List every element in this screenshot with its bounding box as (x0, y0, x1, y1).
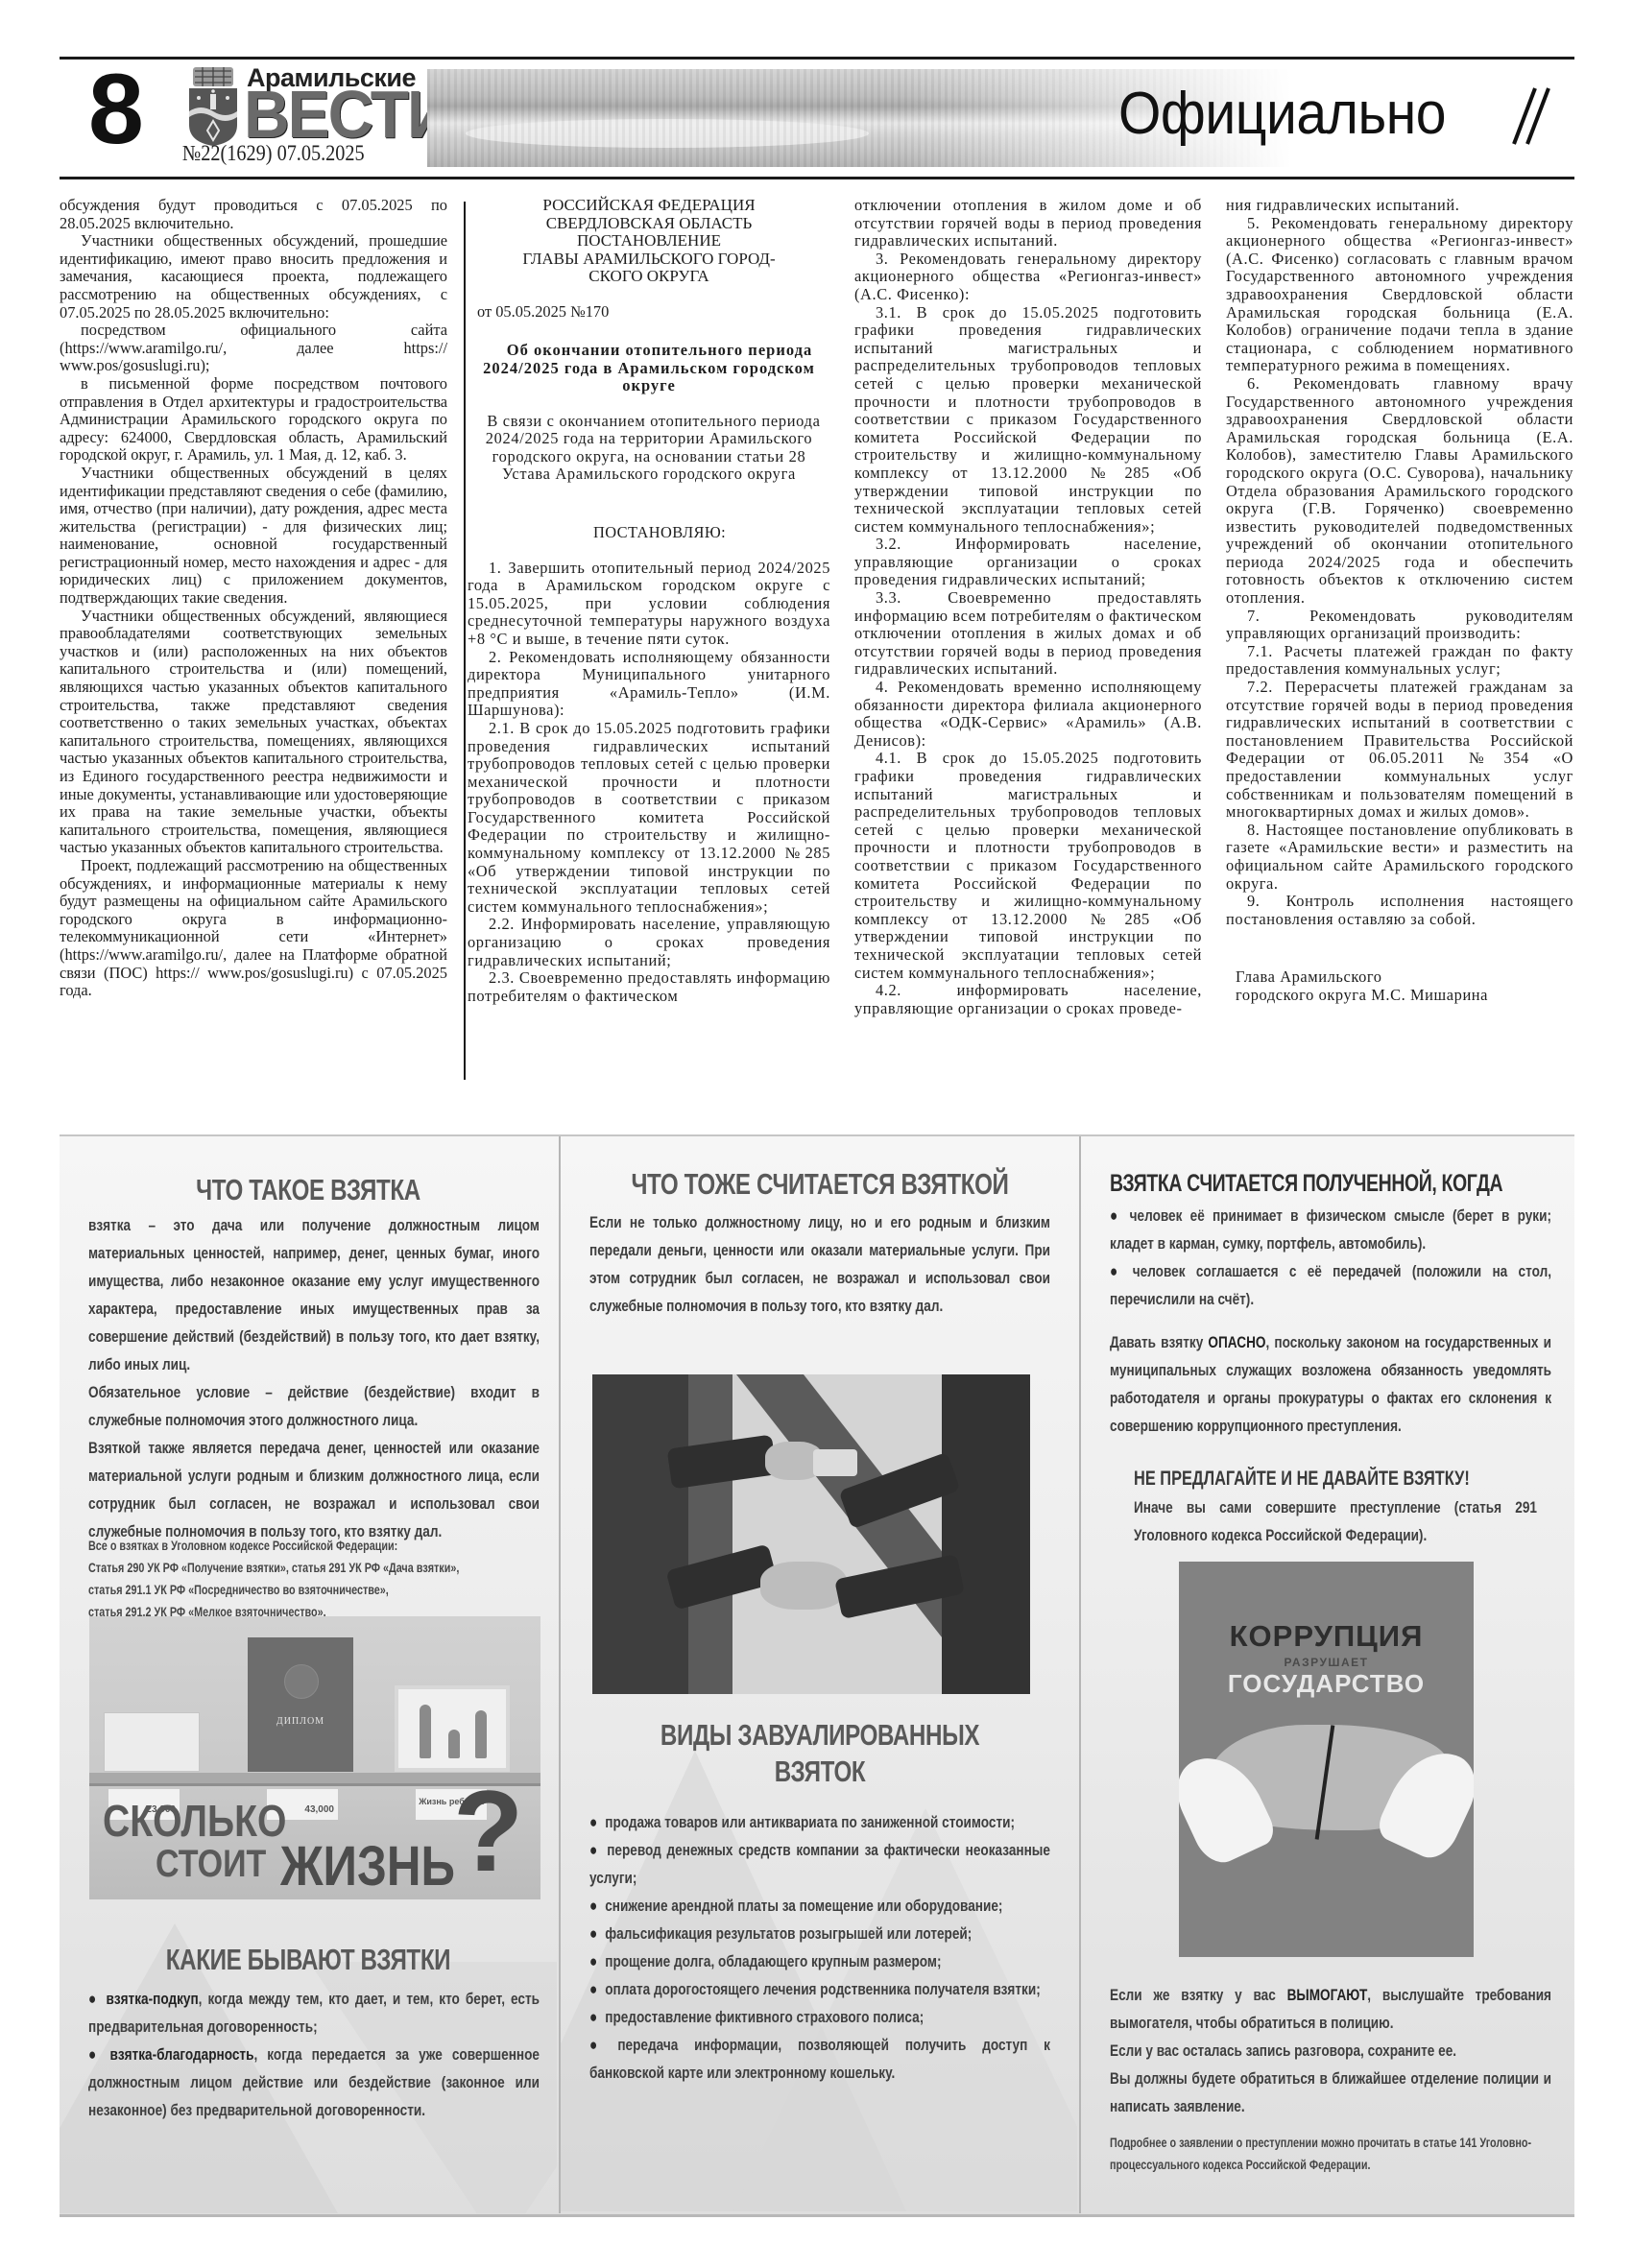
decree-item: 7.1. Расчеты платежей граждан по факту п… (1226, 643, 1573, 679)
decree-item: 4.2. информировать население, управляющи… (854, 982, 1202, 1017)
decree-item: 9. Контроль исполнения настоящего постан… (1226, 893, 1573, 928)
decree-item: 2.2. Информировать население, управляющу… (468, 916, 830, 969)
issue-number: №22(1629) 07.05.2025 (182, 141, 365, 166)
list-item: предоставление фиктивного страхового пол… (589, 2003, 1050, 2031)
list-item: взятка-подкуп, когда между тем, кто дает… (88, 1985, 540, 2041)
family-drawing-icon (395, 1685, 510, 1772)
decree-date-number: от 05.05.2025 №170 (468, 303, 830, 322)
decree-column-2: РОССИЙСКАЯ ФЕДЕРАЦИЯ СВЕРДЛОВСКАЯ ОБЛАСТ… (468, 197, 830, 1005)
decree-preamble: В связи с окончанием отопительного перио… (468, 413, 830, 484)
decree-item: 4. Рекомендовать временно исполняющему о… (854, 679, 1202, 750)
driver-license-icon (104, 1712, 200, 1772)
panel-text: взятка – это дача или получение должност… (88, 1211, 540, 1545)
list-item: человек соглашается с её передачей (поло… (1110, 1257, 1551, 1313)
warning-text: Иначе вы сами совершите преступление (ст… (1134, 1493, 1537, 1549)
paragraph: Проект, подлежащий рассмотрению на общес… (60, 857, 447, 1000)
decree-signature: Глава Арамильского городского округа М.С… (1226, 968, 1573, 1004)
infographic-panel-what-is-bribe: ЧТО ТАКОЕ ВЗЯТКА взятка – это дача или п… (60, 1136, 557, 2213)
infographic-panel-bribe-received: ВЗЯТКА СЧИТАЕТСЯ ПОЛУЧЕННОЙ, КОГДА челов… (1079, 1136, 1574, 2213)
panel-heading: ЧТО ТОЖЕ СЧИТАЕТСЯ ВЗЯТКОЙ (617, 1167, 1021, 1202)
decree-title: Об окончании отопительного периода 2024/… (468, 342, 830, 395)
list-item: снижение арендной платы за помещение или… (589, 1892, 1050, 1920)
header-bottom-rule (60, 177, 1574, 179)
diploma-icon: ДИПЛОМ (248, 1637, 353, 1772)
page-number: 8 (88, 60, 142, 159)
decree-item: 6. Рекомендовать главному врачу Государс… (1226, 375, 1573, 608)
veiled-bribes-list: продажа товаров или антиквариата по зани… (589, 1808, 1050, 2087)
decree-item: 3.3. Своевременно предоставлять информац… (854, 589, 1202, 679)
article-column-1: обсуждения будут проводиться с 07.05.202… (60, 197, 447, 1000)
money-icon (813, 1449, 857, 1476)
decree-heading: РОССИЙСКАЯ ФЕДЕРАЦИЯ СВЕРДЛОВСКАЯ ОБЛАСТ… (468, 197, 830, 286)
list-item: перевод денежных средств компании за фак… (589, 1836, 1050, 1892)
handshake-bribe-image (592, 1374, 1030, 1694)
paragraph: в письменной форме посредством почтового… (60, 375, 447, 465)
list-item: передача информации, позволяющей получит… (589, 2031, 1050, 2087)
list-item: человек её принимает в физическом смысле… (1110, 1202, 1551, 1257)
decree-item: ния гидравлических испытаний. (1226, 197, 1573, 215)
corruption-poster: КОРРУПЦИЯ РАЗРУШАЕТ ГОСУДАРСТВО (1179, 1562, 1474, 1957)
decree-item: 8. Настоящее постановление опубликовать … (1226, 822, 1573, 893)
list-item: продажа товаров или антиквариата по зани… (589, 1808, 1050, 1836)
decree-item: 2.3. Своевременно предоставлять информац… (468, 969, 830, 1005)
bribe-kinds-list: взятка-подкуп, когда между тем, кто дает… (88, 1985, 540, 2124)
decree-item: 1. Завершить отопительный период 2024/20… (468, 560, 830, 649)
bribe-received-list: человек её принимает в физическом смысле… (1110, 1202, 1551, 1313)
slogan-how-much-is-life: СКОЛЬКО СТОИТ ЖИЗНЬ ? (88, 1789, 540, 1904)
anti-corruption-infographic: ЧТО ТАКОЕ ВЗЯТКА взятка – это дача или п… (60, 1134, 1574, 2217)
list-item: взятка-благодарность, когда передается з… (88, 2041, 540, 2124)
criminal-code-articles: Все о взятках в Уголовном кодексе Россий… (88, 1535, 540, 1623)
danger-text: Давать взятку ОПАСНО, поскольку законом … (1110, 1328, 1551, 1440)
panel-heading: ЧТО ТАКОЕ ВЗЯТКА (114, 1173, 502, 1207)
panel-heading: ВИДЫ ЗАВУАЛИРОВАННЫХ ВЗЯТОК (617, 1717, 1021, 1790)
paragraph: Участники общественных обсуждений в целя… (60, 465, 447, 608)
decree-item: 4.1. В срок до 15.05.2025 подготовить гр… (854, 750, 1202, 982)
decree-item: 5. Рекомендовать генеральному директору … (1226, 215, 1573, 375)
decree-resolve: ПОСТАНОВЛЯЮ: (468, 524, 830, 542)
decree-item: 7. Рекомендовать руководителям управляющ… (1226, 608, 1573, 643)
panel-heading: ВЗЯТКА СЧИТАЕТСЯ ПОЛУЧЕННОЙ, КОГДА (1110, 1170, 1502, 1198)
masthead-title: ВЕСТИ (244, 81, 450, 147)
decree-item: 3. Рекомендовать генеральному директору … (854, 251, 1202, 304)
decree-item: 3.2. Информировать население, управляющи… (854, 536, 1202, 589)
decree-column-4: ния гидравлических испытаний. 5. Рекомен… (1226, 197, 1573, 1005)
list-item: оплата дорогостоящего лечения родственни… (589, 1975, 1050, 2003)
column-divider (464, 202, 466, 1080)
decree-column-3: отключении отопления в жилом доме и об о… (854, 197, 1202, 1017)
extortion-text: Если же взятку у вас ВЫМОГАЮТ, выслушайт… (1110, 1981, 1551, 2120)
paragraph: Участники общественных обсуждений, являю… (60, 608, 447, 857)
decree-item: 2.1. В срок до 15.05.2025 подготовить гр… (468, 720, 830, 917)
list-item: фальсификация результатов розыгрышей или… (589, 1920, 1050, 1947)
paragraph: Участники общественных обсуждений, проше… (60, 232, 447, 322)
double-slash-icon (1510, 86, 1552, 146)
decree-item: отключении отопления в жилом доме и об о… (854, 197, 1202, 251)
infographic-panel-also-bribe: ЧТО ТОЖЕ СЧИТАЕТСЯ ВЗЯТКОЙ Если не тольк… (559, 1136, 1077, 2213)
panel-text: Если не только должностному лицу, но и е… (589, 1208, 1050, 1320)
decree-item: 7.2. Перерасчеты платежей гражданам за о… (1226, 679, 1573, 822)
warning-heading: НЕ ПРЕДЛАГАЙТЕ И НЕ ДАВАЙТЕ ВЗЯТКУ! (1134, 1468, 1470, 1491)
panel-heading: КАКИЕ БЫВАЮТ ВЗЯТКИ (114, 1943, 502, 1977)
paragraph: посредством официального сайта (https://… (60, 322, 447, 375)
header-top-rule (60, 57, 1574, 60)
decree-item: 3.1. В срок до 15.05.2025 подготовить гр… (854, 304, 1202, 537)
decree-item: 2. Рекомендовать исполняющему обязанност… (468, 649, 830, 720)
list-item: прощение долга, обладающего крупным разм… (589, 1947, 1050, 1975)
paragraph: обсуждения будут проводиться с 07.05.202… (60, 197, 447, 232)
city-crest-icon (185, 65, 241, 148)
legal-note: Подробнее о заявлении о преступлении мож… (1110, 2132, 1551, 2176)
section-title: Официально (1118, 80, 1446, 148)
